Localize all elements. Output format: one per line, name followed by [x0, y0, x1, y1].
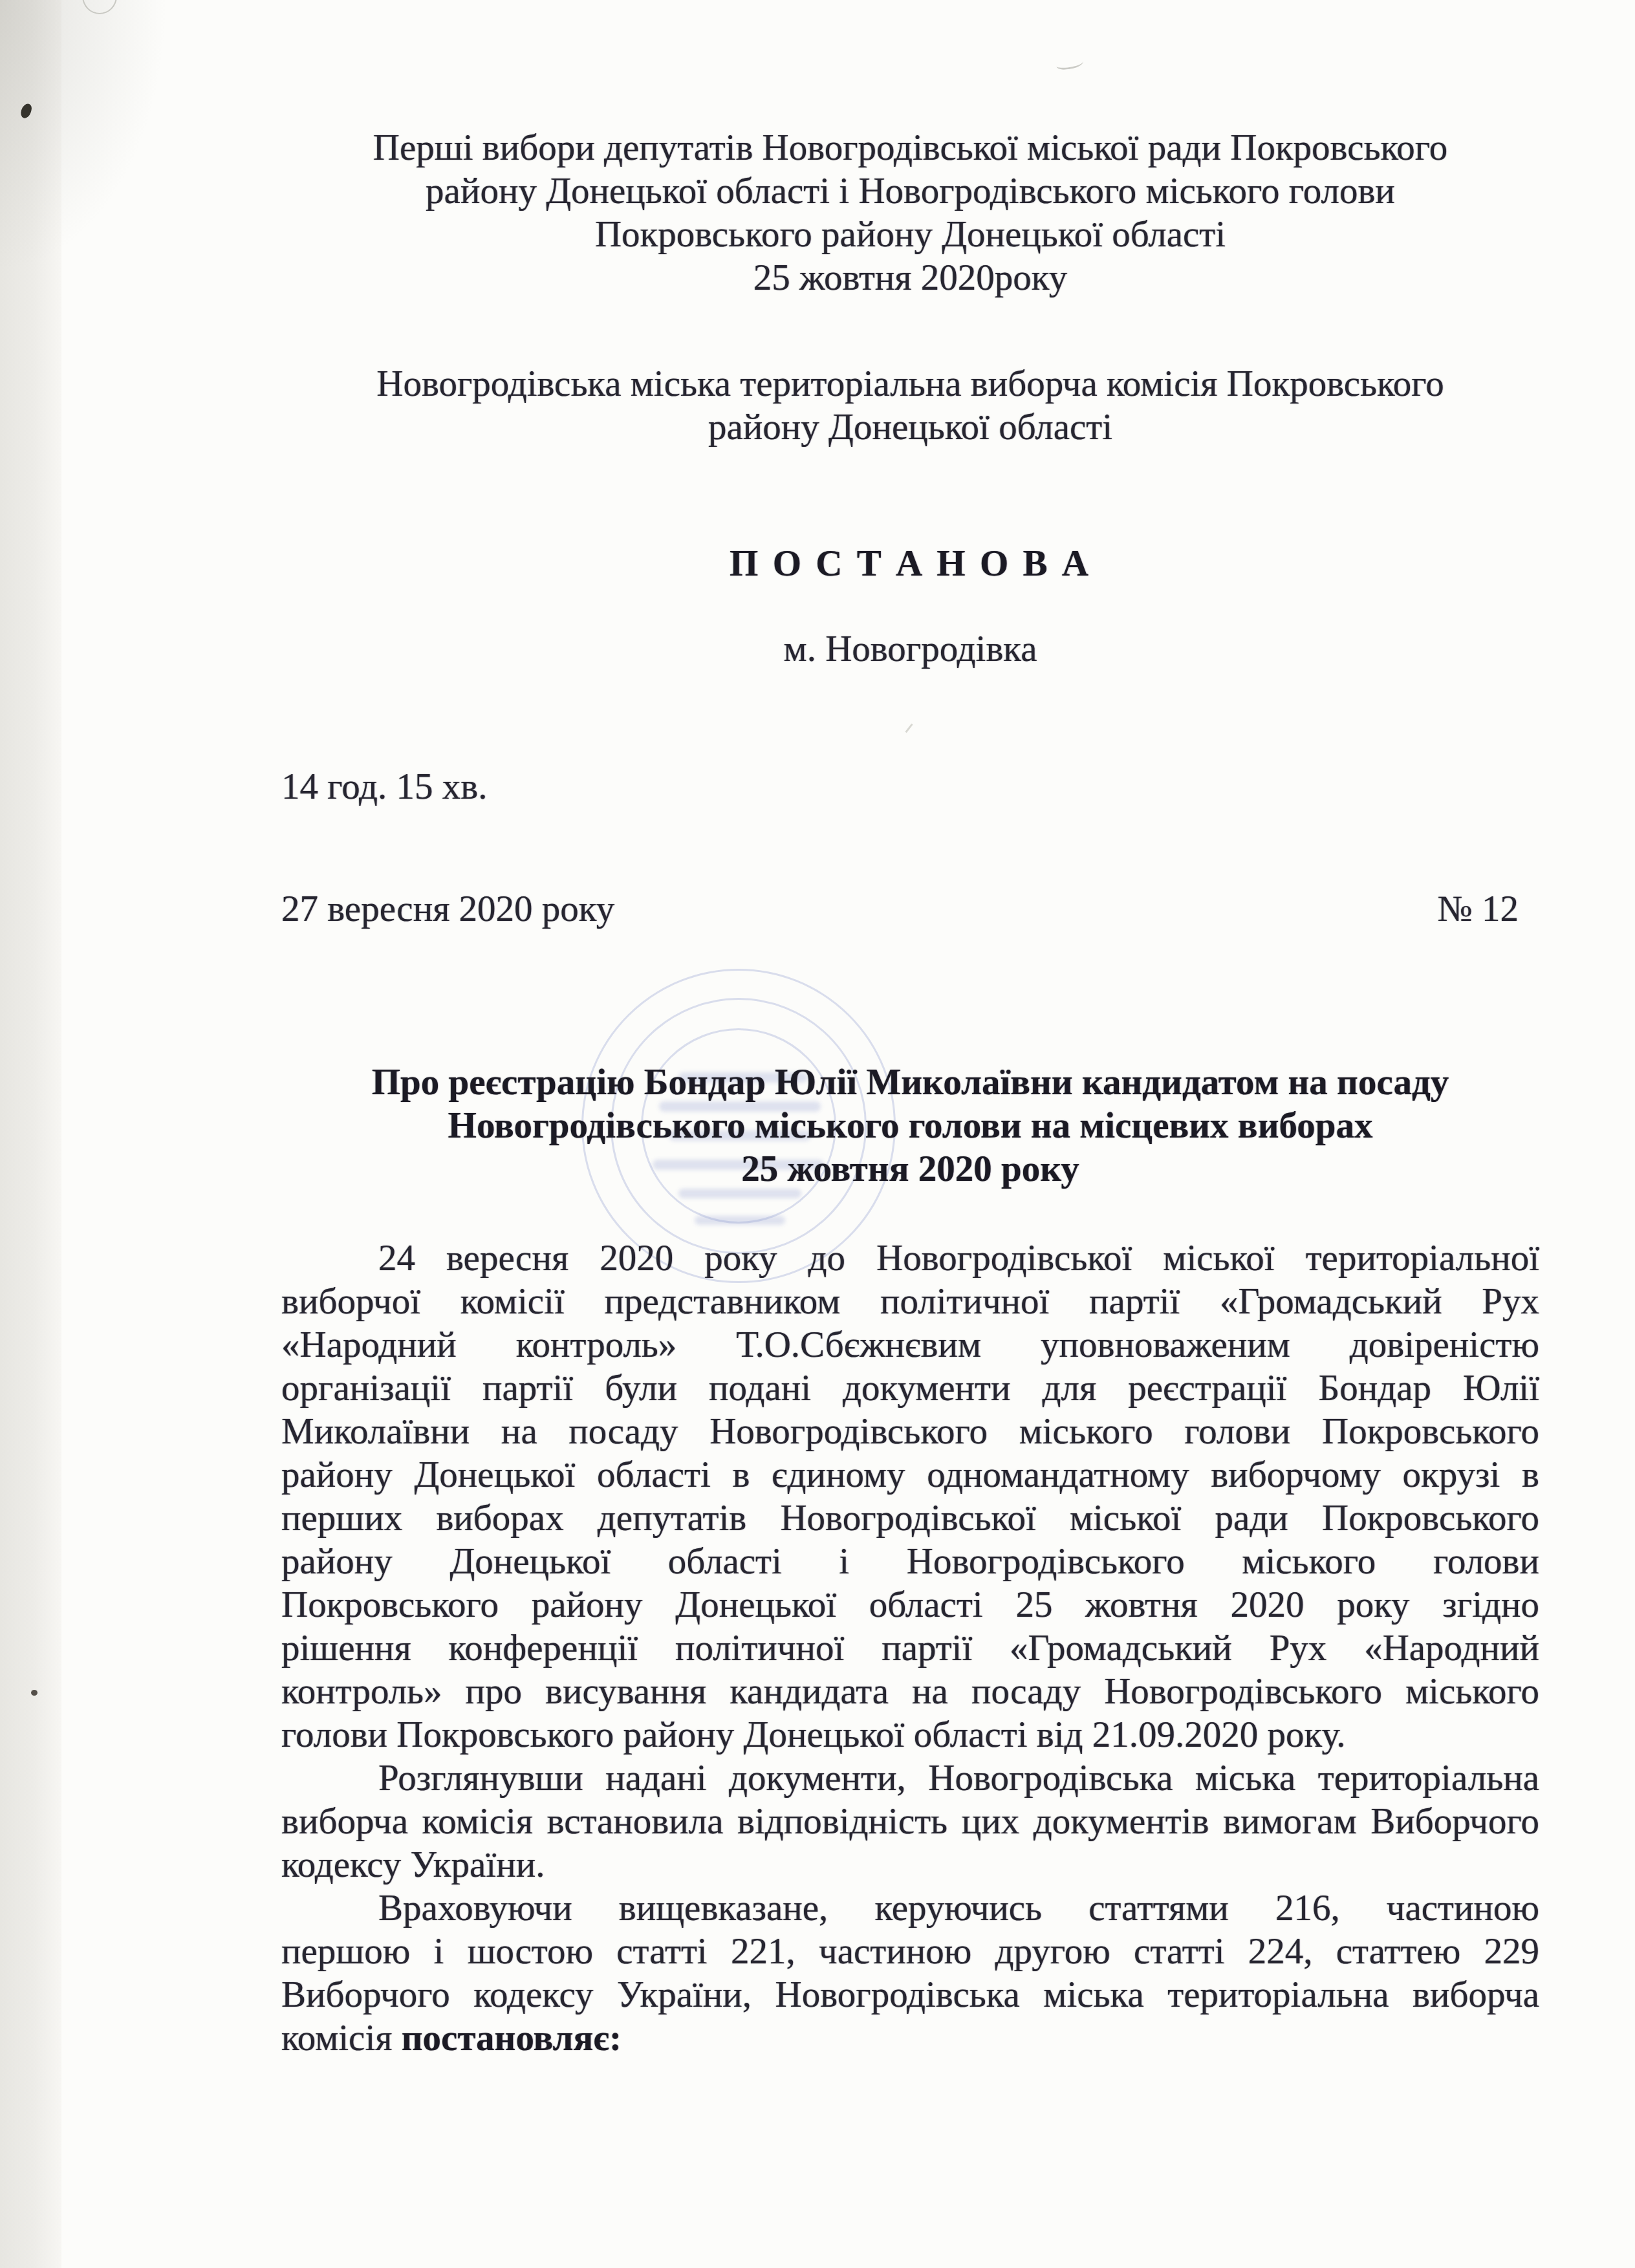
election-header-line: Перші вибори депутатів Новогродівської м… [281, 126, 1539, 169]
resolves-bold-word: постановляє: [402, 2018, 622, 2058]
document-content: Перші вибори депутатів Новогродівської м… [281, 0, 1539, 2060]
election-header-line: Покровського району Донецької області [281, 213, 1539, 256]
paragraph-1-line: «Народний контроль» Т.О.Сбєжнєвим уповно… [281, 1323, 1539, 1366]
document-number: № 12 [1437, 887, 1519, 931]
paragraph-2: Розглянувши надані документи, Новогродів… [281, 1756, 1539, 1886]
paragraph-3-line: Виборчого кодексу України, Новогродівськ… [281, 1973, 1539, 2016]
place-line: м. Новогродівка [281, 627, 1539, 671]
ink-speck [31, 1690, 38, 1696]
commission-name-line: Новогродівська міська територіальна вибо… [281, 362, 1539, 405]
election-header-line: району Донецької області і Новогродівськ… [281, 169, 1539, 213]
paragraph-1-line: організації партії були подані документи… [281, 1366, 1539, 1410]
paragraph-1-line: 24 вересня 2020 року до Новогродівської … [281, 1237, 1539, 1280]
date-line: 27 вересня 2020 року [281, 889, 614, 929]
commission-name-line: району Донецької області [281, 405, 1539, 449]
paragraph-3-last-line: комісія постановляє: [281, 2016, 1539, 2060]
paragraph-3-line: Враховуючи вищевказане, керуючись стаття… [281, 1886, 1539, 1930]
document-type-title: П О С Т А Н О В А [281, 542, 1539, 585]
paragraph-2-line: кодексу України. [281, 1843, 1539, 1886]
paragraph-1: 24 вересня 2020 року до Новогродівської … [281, 1237, 1539, 1756]
paragraph-2-line: Розглянувши надані документи, Новогродів… [281, 1756, 1539, 1800]
paragraph-1-line: Покровського району Донецької області 25… [281, 1583, 1539, 1626]
paragraph-1-line: району Донецької області в єдиному одном… [281, 1453, 1539, 1496]
date-number-row: 27 вересня 2020 року № 12 [281, 887, 1539, 931]
paragraph-1-line: Миколаївни на посаду Новогродівського мі… [281, 1410, 1539, 1453]
paragraph-1-line: перших виборах депутатів Новогродівської… [281, 1496, 1539, 1540]
paragraph-1-line: району Донецької області і Новогродівськ… [281, 1540, 1539, 1583]
paragraph-3-last-regular: комісія [281, 2018, 402, 2058]
paragraph-3-line: першою і шостою статті 221, частиною дру… [281, 1930, 1539, 1973]
subject-heading: Про реєстрацію Бондар Юлії Миколаївни ка… [281, 1061, 1539, 1191]
time-line: 14 год. 15 хв. [281, 765, 1539, 808]
election-header-line: 25 жовтня 2020року [281, 256, 1539, 299]
subject-heading-line: 25 жовтня 2020 року [281, 1147, 1539, 1191]
paragraph-1-line: рішення конференції політичної партії «Г… [281, 1626, 1539, 1670]
election-header: Перші вибори депутатів Новогродівської м… [281, 0, 1539, 299]
paragraph-2-line: виборча комісія встановила відповідність… [281, 1800, 1539, 1843]
scanner-corner-shade [0, 0, 168, 272]
scanned-document-page: Перші вибори депутатів Новогродівської м… [0, 0, 1635, 2268]
scanner-edge-strip [0, 0, 61, 2268]
subject-heading-line: Новогродівського міського голови на місц… [281, 1104, 1539, 1147]
paragraph-1-line: голови Покровського району Донецької обл… [281, 1713, 1539, 1756]
commission-name: Новогродівська міська територіальна вибо… [281, 362, 1539, 449]
paragraph-3: Враховуючи вищевказане, керуючись стаття… [281, 1886, 1539, 2060]
subject-heading-line: Про реєстрацію Бондар Юлії Миколаївни ка… [281, 1061, 1539, 1104]
paragraph-1-line: контроль» про висування кандидата на пос… [281, 1670, 1539, 1713]
paragraph-1-line: виборчої комісії представником політично… [281, 1280, 1539, 1323]
